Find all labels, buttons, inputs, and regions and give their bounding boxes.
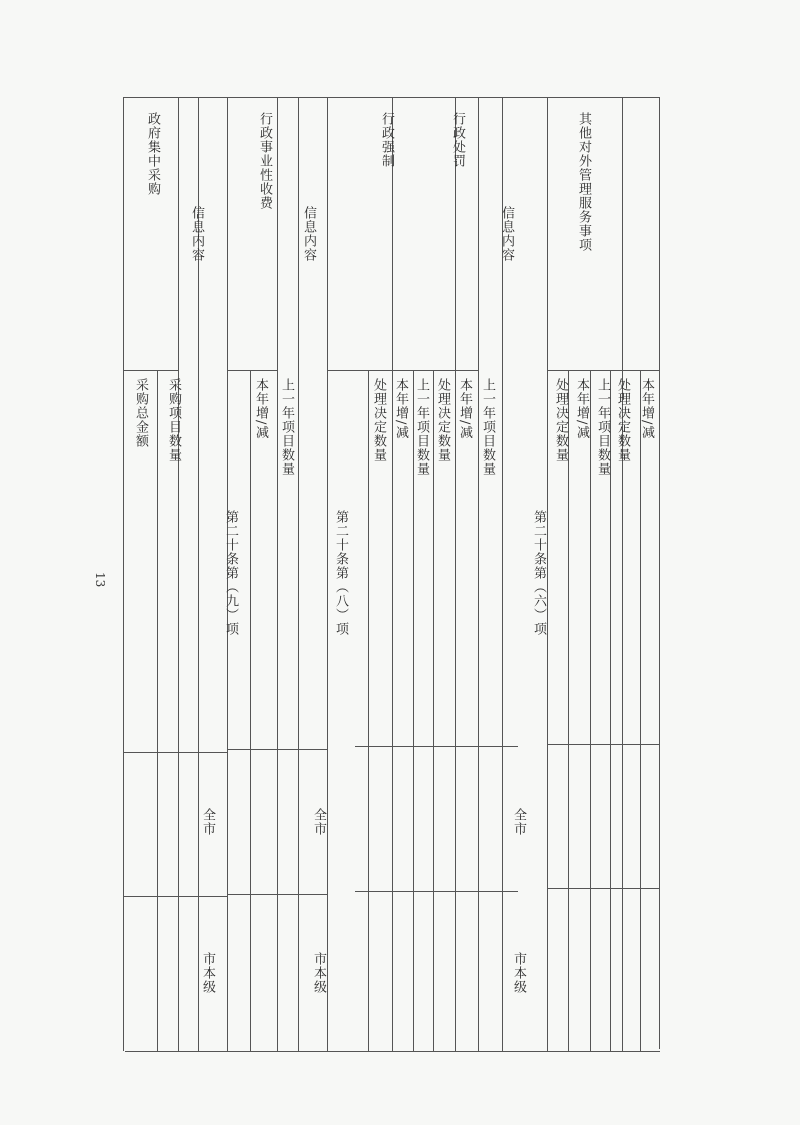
row-label: 采购总金额 <box>134 378 147 448</box>
row-label: 本年增/减 <box>394 378 407 439</box>
col-line <box>368 370 369 1051</box>
article-ref: 第二十条第（六）项 <box>532 510 545 636</box>
col-line <box>640 370 641 1051</box>
row-label: 采购项目数量 <box>167 378 180 462</box>
scope-city: 市本级 <box>201 952 214 994</box>
row-line <box>123 896 227 897</box>
row-label: 上一年项目数量 <box>596 378 609 476</box>
info-label: 信息内容 <box>500 206 513 262</box>
info-label: 信息内容 <box>302 206 315 262</box>
row-line <box>547 370 659 371</box>
row-label: 本年增/减 <box>458 378 471 439</box>
row-line <box>355 891 518 892</box>
scope-all: 全市 <box>201 808 214 836</box>
table-border-bottom <box>125 1051 660 1052</box>
row-label: 处理决定数量 <box>372 378 385 462</box>
row-line <box>227 894 327 895</box>
col-line <box>392 97 393 1051</box>
scope-all: 全市 <box>512 808 525 836</box>
info-label: 信息内容 <box>190 206 203 262</box>
category-label: 行政强制 <box>380 112 393 168</box>
row-label: 本年增/减 <box>640 378 653 439</box>
col-line <box>478 97 479 1051</box>
page-number: 13 <box>93 572 107 587</box>
col-line <box>610 370 611 1051</box>
row-line <box>227 749 327 750</box>
row-line <box>123 752 227 753</box>
col-line <box>622 97 623 1051</box>
category-label: 行政处罚 <box>451 112 464 168</box>
article-ref: 第二十条第（九）项 <box>224 510 237 636</box>
row-label: 处理决定数量 <box>616 378 629 462</box>
row-label: 上一年项目数量 <box>280 378 293 476</box>
table-border-right <box>659 97 660 1049</box>
row-label: 处理决定数量 <box>554 378 567 462</box>
article-ref: 第二十条第（八）项 <box>334 510 347 636</box>
document-page: 其他对外管理服务事项 本年增/减 处理决定数量 上一年项目数量 本年增/减 处理… <box>0 0 800 1125</box>
row-label: 本年增/减 <box>254 378 267 439</box>
col-line <box>327 97 328 1051</box>
row-label: 本年增/减 <box>575 378 588 439</box>
col-line <box>547 97 548 1051</box>
col-line <box>298 97 299 1051</box>
table-border-left <box>123 97 124 1051</box>
row-line <box>547 888 659 889</box>
col-line <box>178 97 179 1051</box>
scope-all: 全市 <box>312 808 325 836</box>
row-line <box>547 744 659 745</box>
col-line <box>157 370 158 1051</box>
col-line <box>433 370 434 1051</box>
category-label: 政府集中采购 <box>146 112 159 196</box>
row-label: 上一年项目数量 <box>415 378 428 476</box>
row-label: 上一年项目数量 <box>481 378 494 476</box>
row-line <box>123 370 178 371</box>
col-line <box>455 97 456 1051</box>
col-line <box>277 97 278 1051</box>
row-label: 处理决定数量 <box>436 378 449 462</box>
row-line <box>227 370 277 371</box>
category-label: 行政事业性收费 <box>258 112 271 210</box>
category-label: 其他对外管理服务事项 <box>577 112 590 252</box>
col-line <box>590 370 591 1051</box>
col-line <box>250 370 251 1051</box>
row-line <box>327 370 478 371</box>
row-line <box>355 746 518 747</box>
scope-city: 市本级 <box>312 952 325 994</box>
scope-city: 市本级 <box>512 952 525 994</box>
col-line <box>568 370 569 1051</box>
